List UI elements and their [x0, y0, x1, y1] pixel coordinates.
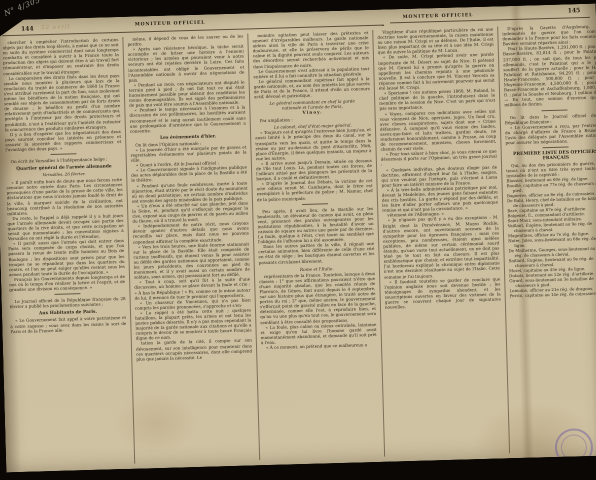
column-3: moindre agitation peut laisser des préte… [252, 30, 385, 460]
paragraph: moindre agitation peut laisser des préte… [252, 30, 369, 69]
paragraph: « Je n'ignore pas qu'il y a eu des excep… [382, 215, 500, 279]
paragraph: représentants de la France. Toutefois, l… [259, 271, 376, 325]
paragraph: « Tout à coup, soit qu'il fût à la suite… [134, 277, 251, 301]
paragraph: Français les Gouvernements depuis longte… [9, 274, 125, 293]
paragraph: « Il paraît aussi que l'armée qui doit e… [8, 238, 125, 277]
page-header: 144 22 avril MONITEUR OFFICIEL MONITEUR … [0, 4, 596, 21]
ink-stamp [554, 428, 593, 467]
paragraph: « D'après le Journal des Débats, la vict… [256, 178, 373, 202]
paragraph: tation la garde de la cité, il compte su… [136, 338, 253, 362]
paragraph: Peu après, il avait lieu, de la Bastille… [257, 206, 374, 245]
column-1: chercher à empêcher l'introduction de ce… [2, 37, 135, 467]
separator-rule [302, 203, 328, 205]
handwritten-annotation: N° 4/305 [3, 0, 42, 18]
paragraph: « De suite, M. Crispi prétend avoir une … [378, 52, 495, 91]
paragraph: chercher à empêcher l'introduction de ce… [2, 37, 119, 76]
paragraph: Dans les autres parties de la ville, il … [258, 241, 375, 265]
paragraph: « Le Gouvernement fait appel à votre pat… [10, 315, 126, 334]
separator-rule [543, 147, 569, 149]
left-page-title: MONITEUR OFFICIEL [110, 20, 230, 28]
paragraph: Il y a lieu d'espérer que les négociateu… [5, 129, 122, 153]
paragraph: On écrit de Versailles à l'Indépendance … [6, 156, 122, 164]
separator-rule [51, 153, 77, 155]
left-page-number: 144 [21, 25, 34, 32]
paragraph: « Il faudrait toutefois se garder de con… [384, 276, 501, 310]
separator-rule [54, 293, 80, 295]
text-columns: chercher à empêcher l'introduction de ce… [2, 23, 596, 467]
right-page-number: 145 [568, 7, 581, 14]
paragraph: Du reste, le Rappel a déjà rappelé il y … [7, 213, 124, 242]
scan-area: N° 4/305 144 22 avril MONITEUR OFFICIEL … [0, 0, 596, 480]
paragraph: Le Journal officiel de la République fra… [10, 296, 126, 309]
paragraph: « La rappel a été battu cette nuit ; que… [135, 307, 252, 341]
paragraph: « Pendant un mois, ces négociateurs ont … [129, 79, 246, 108]
column-4: Vingtième d'une république particulière … [377, 26, 510, 456]
separator-rule [542, 109, 568, 111]
ghost-stamp-text: 22 avril [41, 24, 70, 31]
paragraph: « Vers les trois heures, une foule énorm… [133, 241, 250, 280]
newspaper-sheet: 144 22 avril MONITEUR OFFICIEL MONITEUR … [0, 4, 596, 473]
paragraph: Vingtième d'une république particulière … [377, 27, 494, 56]
paragraph: Le général commandant supérieur fait app… [254, 76, 371, 100]
column-2: même, il dépend de vous de les sauver ou… [127, 33, 260, 463]
paragraph: « Voyez, comparez ces indications avec c… [379, 108, 496, 152]
paragraph: « Toujours est-il qu'après l'entrevue bi… [255, 127, 372, 161]
paragraph: La comparaison des droits fixés dans les… [3, 73, 121, 132]
paragraph: « À la très-belle administration patriot… [382, 184, 499, 213]
paragraph: « Il paraît enfin hors de doute que nous… [6, 177, 123, 216]
paragraph: « Après une résistance héroïque, la tâch… [128, 44, 245, 83]
paragraph: « Pendant le temps nécessaire à l'examen… [129, 105, 246, 134]
